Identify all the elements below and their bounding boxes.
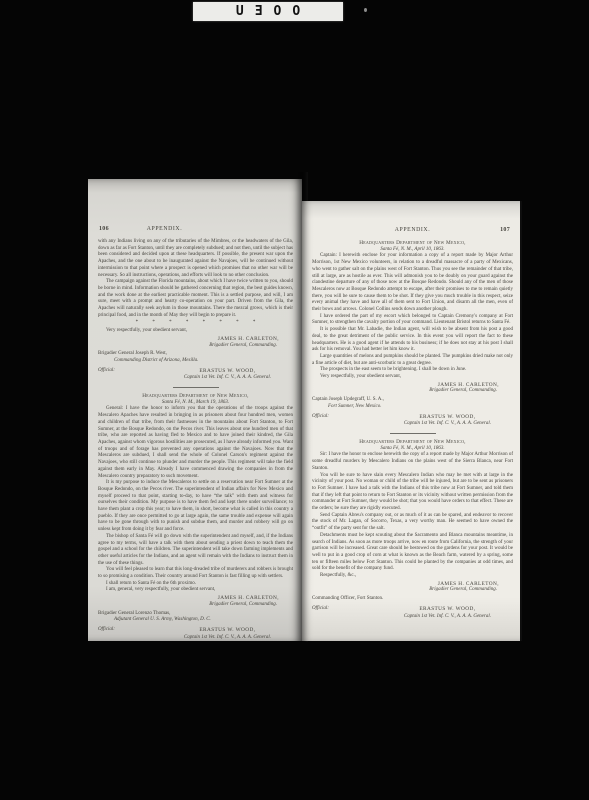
letter-heading-dateline: Santa Fé, N. M., March 19, 1863. xyxy=(98,400,293,407)
closing-line: I am, general, very respectfully, your o… xyxy=(98,587,293,594)
addressee-line-1: Brigadier General Lorenzo Thomas, xyxy=(98,611,293,618)
letter-paragraph-4: Large quantities of melons and pumpkins … xyxy=(312,354,513,367)
continuation-paragraph-2: The campaign against the Florida mountai… xyxy=(98,279,293,319)
official-label: Official: xyxy=(312,414,329,421)
official-signature: ERASTUS W. WOOD, Captain 1st Vet. Inf. C… xyxy=(404,606,491,620)
official-attestation: Official: ERASTUS W. WOOD, Captain 1st V… xyxy=(312,606,513,620)
letter-paragraph-5: The prospects in the east seem to be bri… xyxy=(312,367,513,374)
signature-title: Brigadier General, Commanding. xyxy=(312,388,499,395)
letter-heading: Headquarters Department of New Mexico, S… xyxy=(312,439,513,452)
official-name: ERASTUS W. WOOD, xyxy=(199,627,255,633)
signature-title: Brigadier General, Commanding. xyxy=(98,602,279,609)
signature-title: Brigadier General, Commanding. xyxy=(312,587,499,594)
letter-heading-department: Headquarters Department of New Mexico, xyxy=(312,439,513,446)
letter-paragraph-3: It is possible that Mr. Labadie, the Ind… xyxy=(312,327,513,354)
addressee-block: Brigadier General Lorenzo Thomas, Adjuta… xyxy=(98,611,293,624)
letter-paragraph-1: General: I have the honor to inform you … xyxy=(98,406,293,480)
letter-paragraph-3: Send Captain Abreu's company out, or as … xyxy=(312,513,513,533)
left-page-number: 106 xyxy=(99,226,109,233)
signature-title: Brigadier General, Commanding. xyxy=(98,343,279,350)
signature-name: JAMES H. CARLETON, xyxy=(312,382,499,389)
official-name: ERASTUS W. WOOD, xyxy=(419,414,475,420)
official-label: Official: xyxy=(98,368,115,375)
right-running-head: APPENDIX. xyxy=(395,227,431,234)
signature-name: JAMES H. CARLETON, xyxy=(98,336,279,343)
official-title: Captain 1st Vet. Inf. C. V., A. A. A. Ge… xyxy=(404,614,491,619)
continuation-paragraph-1: with any Indians living on any of the tr… xyxy=(98,239,293,279)
official-name: ERASTUS W. WOOD, xyxy=(419,606,475,612)
official-attestation: Official: ERASTUS W. WOOD, Captain 1st V… xyxy=(312,414,513,428)
letter-heading-dateline: Santa Fé, N. M., April 10, 1863. xyxy=(312,247,513,254)
signature-name: JAMES H. CARLETON, xyxy=(312,581,499,588)
official-label: Official: xyxy=(98,627,115,634)
left-running-head: APPENDIX. xyxy=(147,226,183,233)
official-label: Official: xyxy=(312,606,329,613)
film-speck xyxy=(364,8,367,12)
left-page-content: 106 APPENDIX. with any Indians living on… xyxy=(88,179,302,641)
right-page-number: 107 xyxy=(500,227,510,234)
film-frame-marker-text: UƎOO xyxy=(225,4,311,19)
signature-block: JAMES H. CARLETON, Brigadier General, Co… xyxy=(312,382,513,395)
closing-line: Very respectfully, your obedient servant… xyxy=(312,374,513,381)
addressee-line-1: Brigadier General Joseph R. West, xyxy=(98,351,293,358)
letter-paragraph-3: The bishop of Santa Fé will go down with… xyxy=(98,534,293,568)
letter-heading-dateline: Santa Fé, N. M., April 10, 1863. xyxy=(312,446,513,453)
addressee-line-2: Commanding District of Arizona, Mesilla. xyxy=(98,358,293,365)
letter-heading-department: Headquarters Department of New Mexico, xyxy=(98,393,293,400)
addressee-line-1: Commanding Officer, Fort Stanton. xyxy=(312,596,513,603)
letter-paragraph-4: You will feel pleased to learn that this… xyxy=(98,567,293,580)
addressee-block: Brigadier General Joseph R. West, Comman… xyxy=(98,351,293,364)
letter-paragraph-1: Captain: I herewith enclose for your inf… xyxy=(312,253,513,313)
right-page-content: APPENDIX. 107 Headquarters Department of… xyxy=(302,201,520,641)
official-title: Captain 1st Vet. Inf. C. V., A. A. A. Ge… xyxy=(404,421,491,426)
letter-heading: Headquarters Department of New Mexico, S… xyxy=(312,240,513,253)
letter-paragraph-2: It is my purpose to induce the Mescalero… xyxy=(98,480,293,534)
omission-asterisks: * * * * * * * * xyxy=(98,320,293,327)
official-signature: ERASTUS W. WOOD, Captain 1st Vet. Inf. C… xyxy=(184,627,271,641)
official-title: Captain 1st Vet. Inf. C. V., A. A. A. Ge… xyxy=(184,375,271,380)
addressee-line-2: Adjutant General U. S. Army, Washington,… xyxy=(98,617,293,624)
letter-paragraph-4: Detachments must be kept scouting about … xyxy=(312,533,513,573)
microfilm-scan-view: UƎOO 106 APPENDIX. with any Indians livi… xyxy=(0,0,589,800)
official-title: Captain 1st Vet. Inf. C. V., A. A. A. Ge… xyxy=(184,635,271,640)
signature-name: JAMES H. CARLETON, xyxy=(98,595,279,602)
addressee-block: Captain Joseph Updegraff, U. S. A., Fort… xyxy=(312,397,513,410)
book-page-right: APPENDIX. 107 Headquarters Department of… xyxy=(302,201,522,641)
closing-line: Very respectfully, your obedient servant… xyxy=(98,328,293,335)
letter-heading-department: Headquarters Department of New Mexico, xyxy=(312,240,513,247)
official-signature: ERASTUS W. WOOD, Captain 1st Vet. Inf. C… xyxy=(404,414,491,428)
letter-paragraph-2: I have ordered the part of my escort whi… xyxy=(312,314,513,327)
letter-paragraph-5: I shall return to Santa Fé on the 6th pr… xyxy=(98,581,293,588)
official-name: ERASTUS W. WOOD, xyxy=(199,368,255,374)
letter-paragraph-1: Sir: I have the honor to enclose herewit… xyxy=(312,452,513,472)
section-divider-rule xyxy=(173,387,219,388)
official-attestation: Official: ERASTUS W. WOOD, Captain 1st V… xyxy=(98,627,293,641)
letter-heading: Headquarters Department of New Mexico, S… xyxy=(98,393,293,406)
book-page-left: 106 APPENDIX. with any Indians living on… xyxy=(88,179,302,641)
signature-block: JAMES H. CARLETON, Brigadier General, Co… xyxy=(98,336,293,349)
official-signature: ERASTUS W. WOOD, Captain 1st Vet. Inf. C… xyxy=(184,368,271,382)
signature-block: JAMES H. CARLETON, Brigadier General, Co… xyxy=(98,595,293,608)
addressee-line-2: Fort Sumner, New Mexico. xyxy=(312,404,513,411)
letter-paragraph-2: You will be sure to have slain every Mes… xyxy=(312,473,513,513)
section-divider-rule xyxy=(390,433,436,434)
signature-block: JAMES H. CARLETON, Brigadier General, Co… xyxy=(312,581,513,594)
left-page-header: 106 APPENDIX. xyxy=(98,226,293,235)
addressee-line-1: Captain Joseph Updegraff, U. S. A., xyxy=(312,397,513,404)
film-frame-marker: UƎOO xyxy=(193,2,343,21)
closing-line: Respectfully, &c., xyxy=(312,573,513,580)
right-page-header: APPENDIX. 107 xyxy=(312,227,513,236)
addressee-block: Commanding Officer, Fort Stanton. xyxy=(312,596,513,603)
official-attestation: Official: ERASTUS W. WOOD, Captain 1st V… xyxy=(98,368,293,382)
